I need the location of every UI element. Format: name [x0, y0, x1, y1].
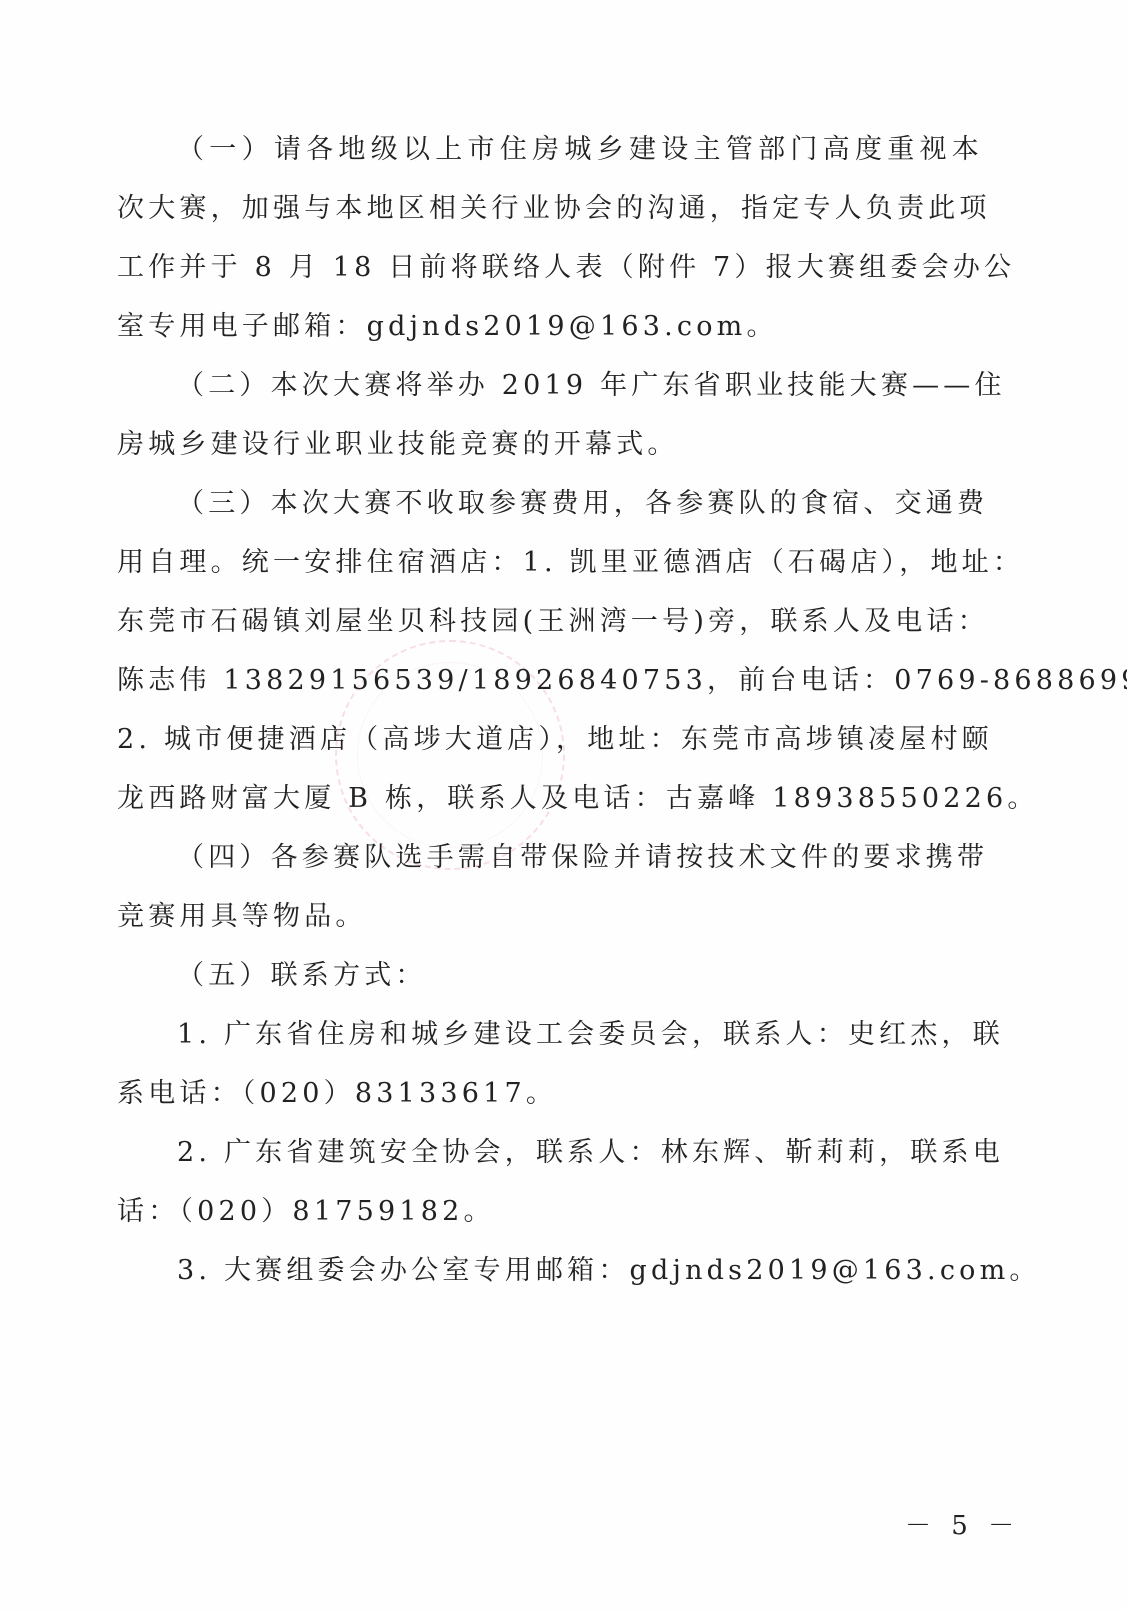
- text-line: 东莞市石碣镇刘屋坐贝科技园(王洲湾一号)旁，联系人及电话：: [117, 598, 983, 657]
- text-line: 陈志伟 13829156539/18926840753，前台电话：0769-86…: [117, 657, 983, 716]
- text-line: 房城乡建设行业职业技能竞赛的开幕式。: [117, 421, 983, 480]
- contact-item-2: 2. 广东省建筑安全协会，联系人：林东辉、靳莉莉，联系电 话：（020）8175…: [117, 1129, 983, 1247]
- text-line: （一）请各地级以上市住房城乡建设主管部门高度重视本: [117, 126, 983, 185]
- text-line: 系电话：（020）83133617。: [117, 1070, 983, 1129]
- section-heading-contact: （五）联系方式：: [117, 952, 983, 1011]
- document-body: （一）请各地级以上市住房城乡建设主管部门高度重视本 次大赛，加强与本地区相关行业…: [117, 126, 983, 1306]
- text-line: 次大赛，加强与本地区相关行业协会的沟通，指定专人负责此项: [117, 185, 983, 244]
- text-line: 2. 广东省建筑安全协会，联系人：林东辉、靳莉莉，联系电: [117, 1129, 983, 1188]
- text-line: 3. 大赛组委会办公室专用邮箱：gdjnds2019@163.com。: [117, 1247, 983, 1306]
- text-line: 1. 广东省住房和城乡建设工会委员会，联系人：史红杰，联: [117, 1011, 983, 1070]
- text-line: 2. 城市便捷酒店（高埗大道店），地址：东莞市高埗镇凌屋村颐: [117, 716, 983, 775]
- text-line: 工作并于 8 月 18 日前将联络人表（附件 7）报大赛组委会办公: [117, 244, 983, 303]
- text-line: 龙西路财富大厦 B 栋，联系人及电话：古嘉峰 18938550226。: [117, 775, 983, 834]
- contact-item-3: 3. 大赛组委会办公室专用邮箱：gdjnds2019@163.com。: [117, 1247, 983, 1306]
- text-line: 室专用电子邮箱：gdjnds2019@163.com。: [117, 303, 983, 362]
- text-line: 用自理。统一安排住宿酒店：1. 凯里亚德酒店（石碣店），地址：: [117, 539, 983, 598]
- page-number: － 5 －: [905, 1505, 1020, 1542]
- text-line: 竞赛用具等物品。: [117, 893, 983, 952]
- text-line: （四）各参赛队选手需自带保险并请按技术文件的要求携带: [117, 834, 983, 893]
- text-line: （三）本次大赛不收取参赛费用，各参赛队的食宿、交通费: [117, 480, 983, 539]
- paragraph-item-5: （五）联系方式：: [117, 952, 983, 1011]
- paragraph-item-3: （三）本次大赛不收取参赛费用，各参赛队的食宿、交通费 用自理。统一安排住宿酒店：…: [117, 480, 983, 834]
- text-line: 话：（020）81759182。: [117, 1188, 983, 1247]
- paragraph-item-1: （一）请各地级以上市住房城乡建设主管部门高度重视本 次大赛，加强与本地区相关行业…: [117, 126, 983, 362]
- text-line: （二）本次大赛将举办 2019 年广东省职业技能大赛——住: [117, 362, 983, 421]
- document-page: （一）请各地级以上市住房城乡建设主管部门高度重视本 次大赛，加强与本地区相关行业…: [0, 0, 1127, 1611]
- paragraph-item-2: （二）本次大赛将举办 2019 年广东省职业技能大赛——住 房城乡建设行业职业技…: [117, 362, 983, 480]
- paragraph-item-4: （四）各参赛队选手需自带保险并请按技术文件的要求携带 竞赛用具等物品。: [117, 834, 983, 952]
- contact-item-1: 1. 广东省住房和城乡建设工会委员会，联系人：史红杰，联 系电话：（020）83…: [117, 1011, 983, 1129]
